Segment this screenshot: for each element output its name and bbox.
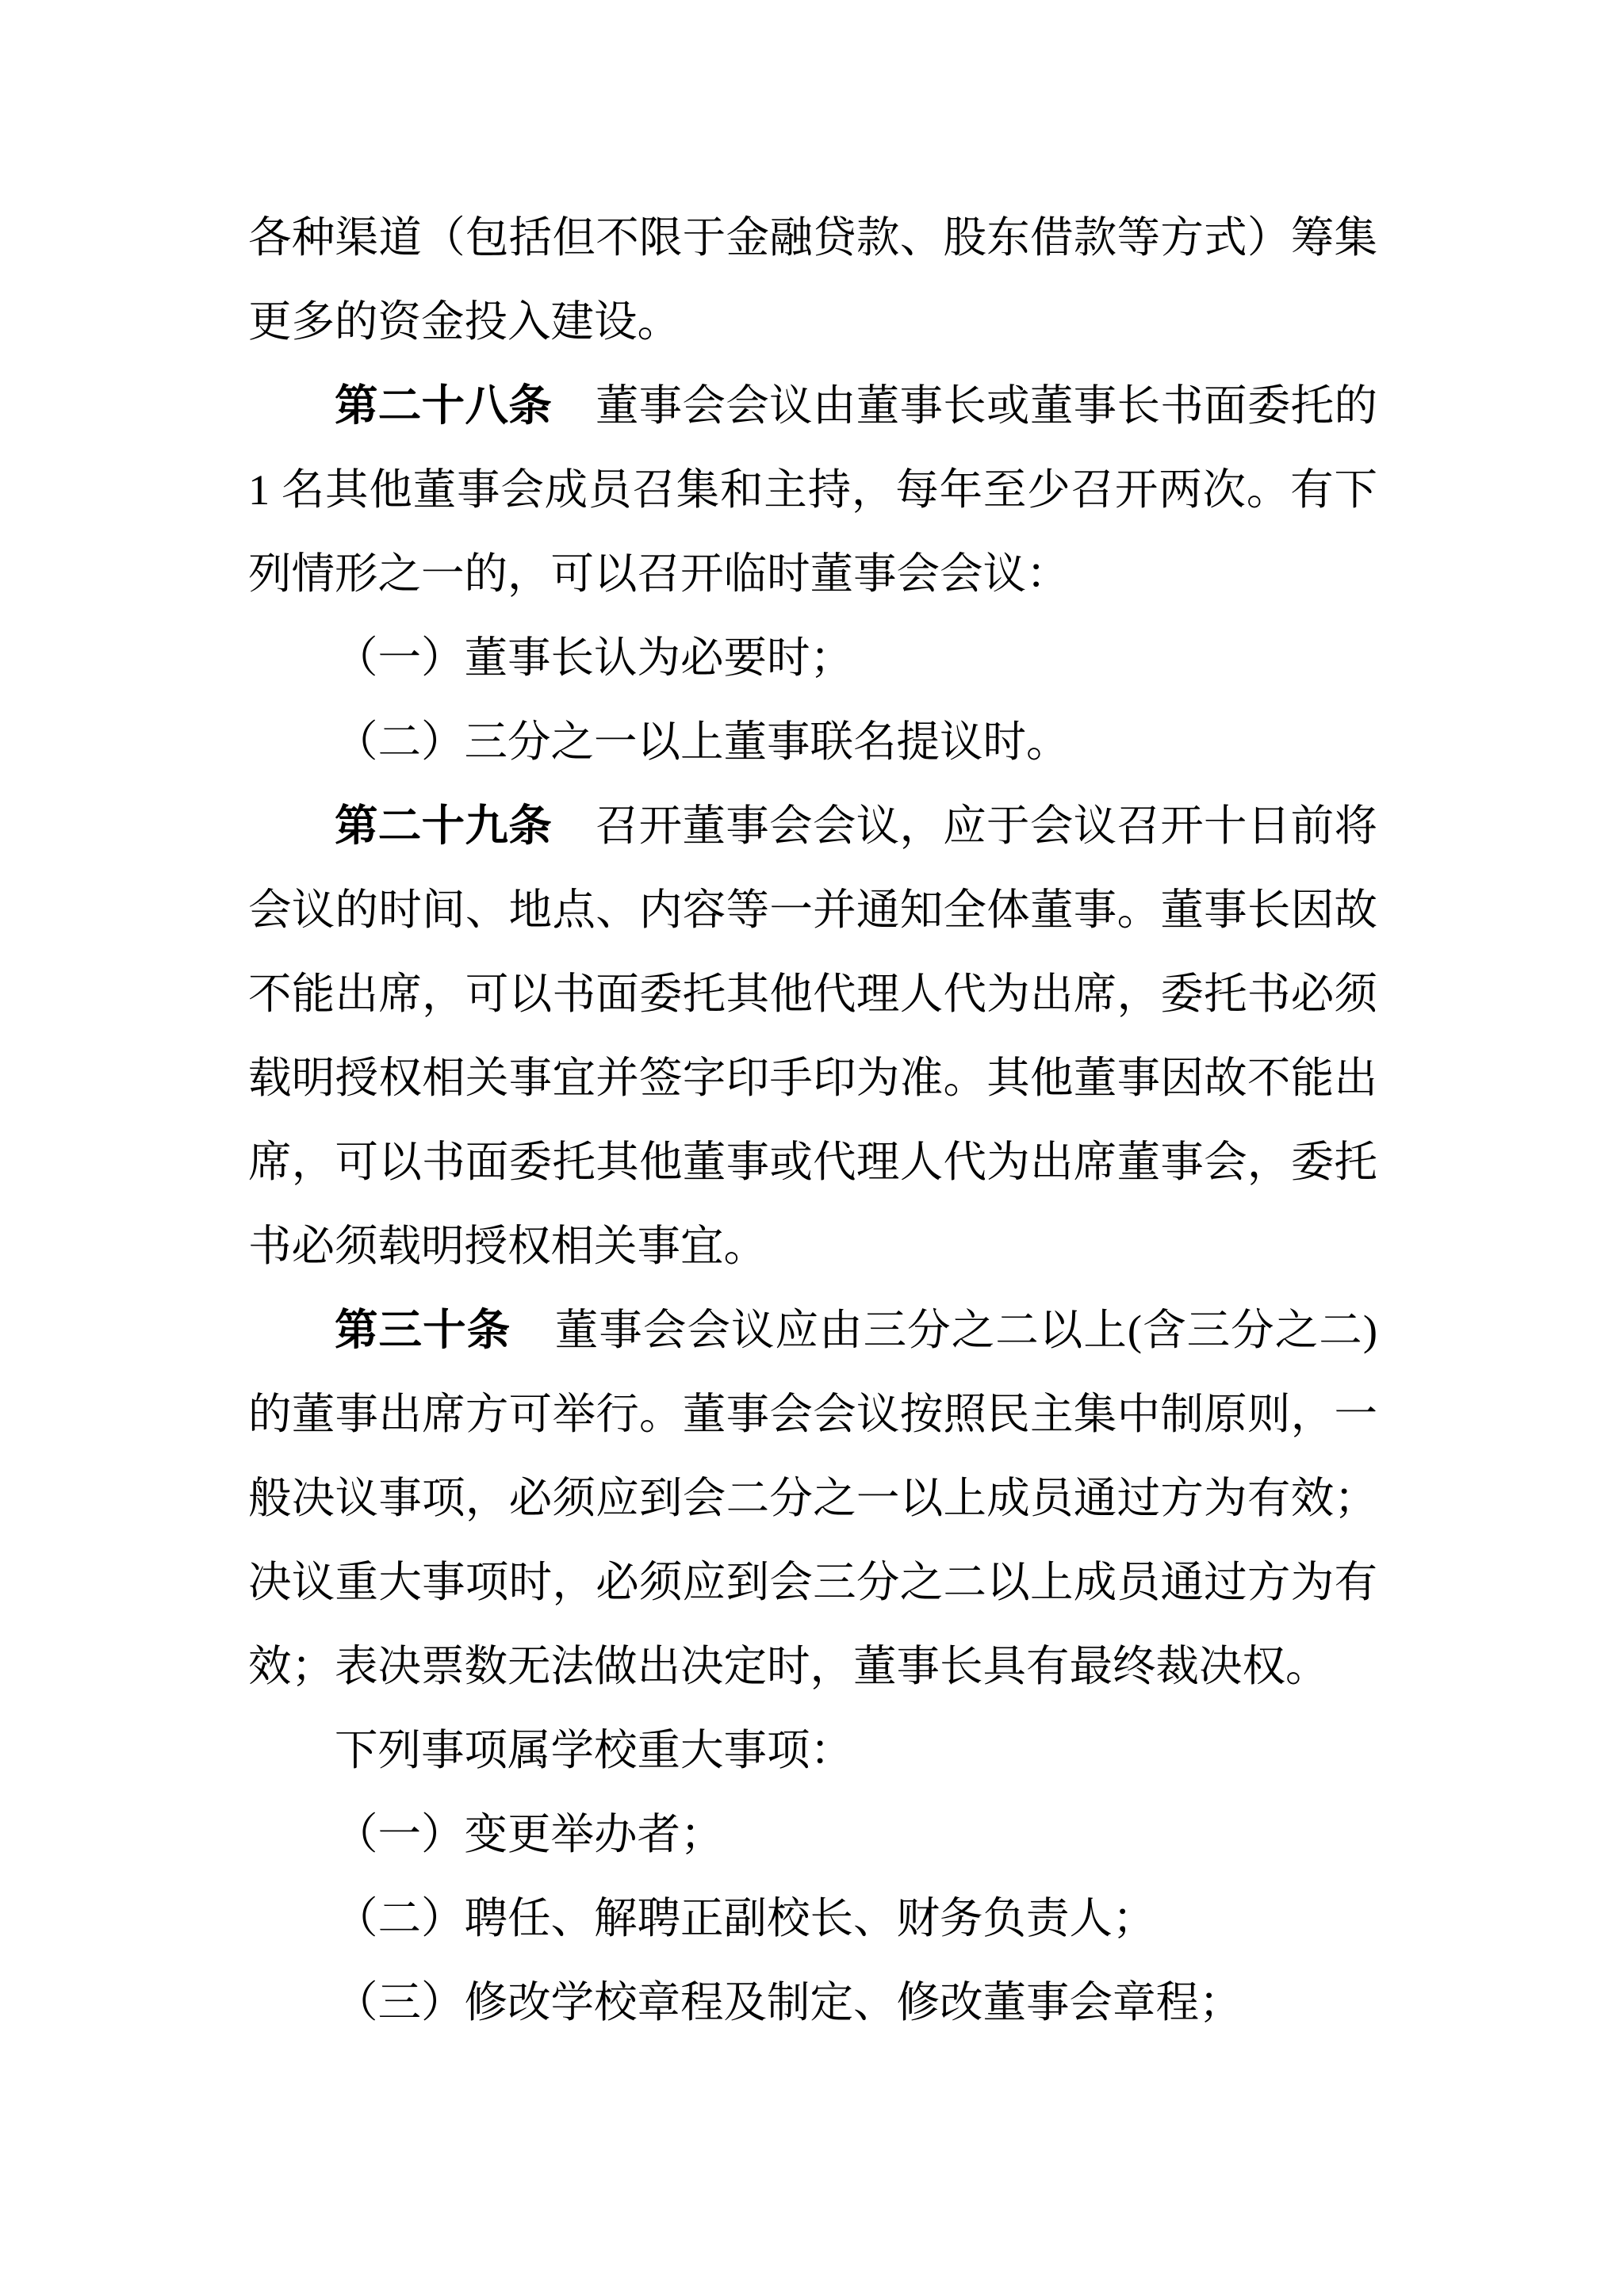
text-run: 下列事项属学校重大事项： xyxy=(335,1726,853,1774)
paragraph: 各种渠道（包括但不限于金融贷款、股东借款等方式）筹集更多的资金投入建设。 xyxy=(248,196,1377,364)
paragraph: 第三十条 董事会会议应由三分之二以上(含三分之二)的董事出席方可举行。董事会会议… xyxy=(248,1288,1377,1709)
article-number: 第三十条 xyxy=(335,1306,511,1354)
document-body: 各种渠道（包括但不限于金融贷款、股东借款等方式）筹集更多的资金投入建设。第二十八… xyxy=(248,196,1377,2045)
text-run: （一）董事长认为必要时； xyxy=(335,633,853,682)
paragraph: （二）聘任、解聘正副校长、财务负责人； xyxy=(248,1877,1377,1961)
text-run: （二）聘任、解聘正副校长、财务负责人； xyxy=(335,1894,1156,1942)
paragraph: 下列事项属学校重大事项： xyxy=(248,1709,1377,1793)
text-run: 召开董事会会议，应于会议召开十日前将会议的时间、地点、内容等一并通知全体董事。董… xyxy=(248,802,1377,1270)
paragraph: （一）董事长认为必要时； xyxy=(248,616,1377,700)
paragraph: （二）三分之一以上董事联名提议时。 xyxy=(248,700,1377,784)
text-run: （二）三分之一以上董事联名提议时。 xyxy=(335,717,1070,766)
document-page: 各种渠道（包括但不限于金融贷款、股东借款等方式）筹集更多的资金投入建设。第二十八… xyxy=(0,0,1624,2296)
article-number: 第二十八条 xyxy=(335,381,552,430)
text-run: 董事会会议应由三分之二以上(含三分之二)的董事出席方可举行。董事会会议按照民主集… xyxy=(248,1306,1377,1690)
paragraph: 第二十九条 召开董事会会议，应于会议召开十日前将会议的时间、地点、内容等一并通知… xyxy=(248,784,1377,1288)
text-run: （三）修改学校章程及制定、修改董事会章程； xyxy=(335,1978,1243,2026)
text-run: 各种渠道（包括但不限于金融贷款、股东借款等方式）筹集更多的资金投入建设。 xyxy=(248,213,1377,346)
article-number: 第二十九条 xyxy=(335,802,552,850)
text-run: （一）变更举办者； xyxy=(335,1810,724,1858)
paragraph: 第二十八条 董事会会议由董事长或董事长书面委托的 1 名其他董事会成员召集和主持… xyxy=(248,364,1377,616)
paragraph: （一）变更举办者； xyxy=(248,1793,1377,1877)
paragraph: （三）修改学校章程及制定、修改董事会章程； xyxy=(248,1961,1377,2045)
